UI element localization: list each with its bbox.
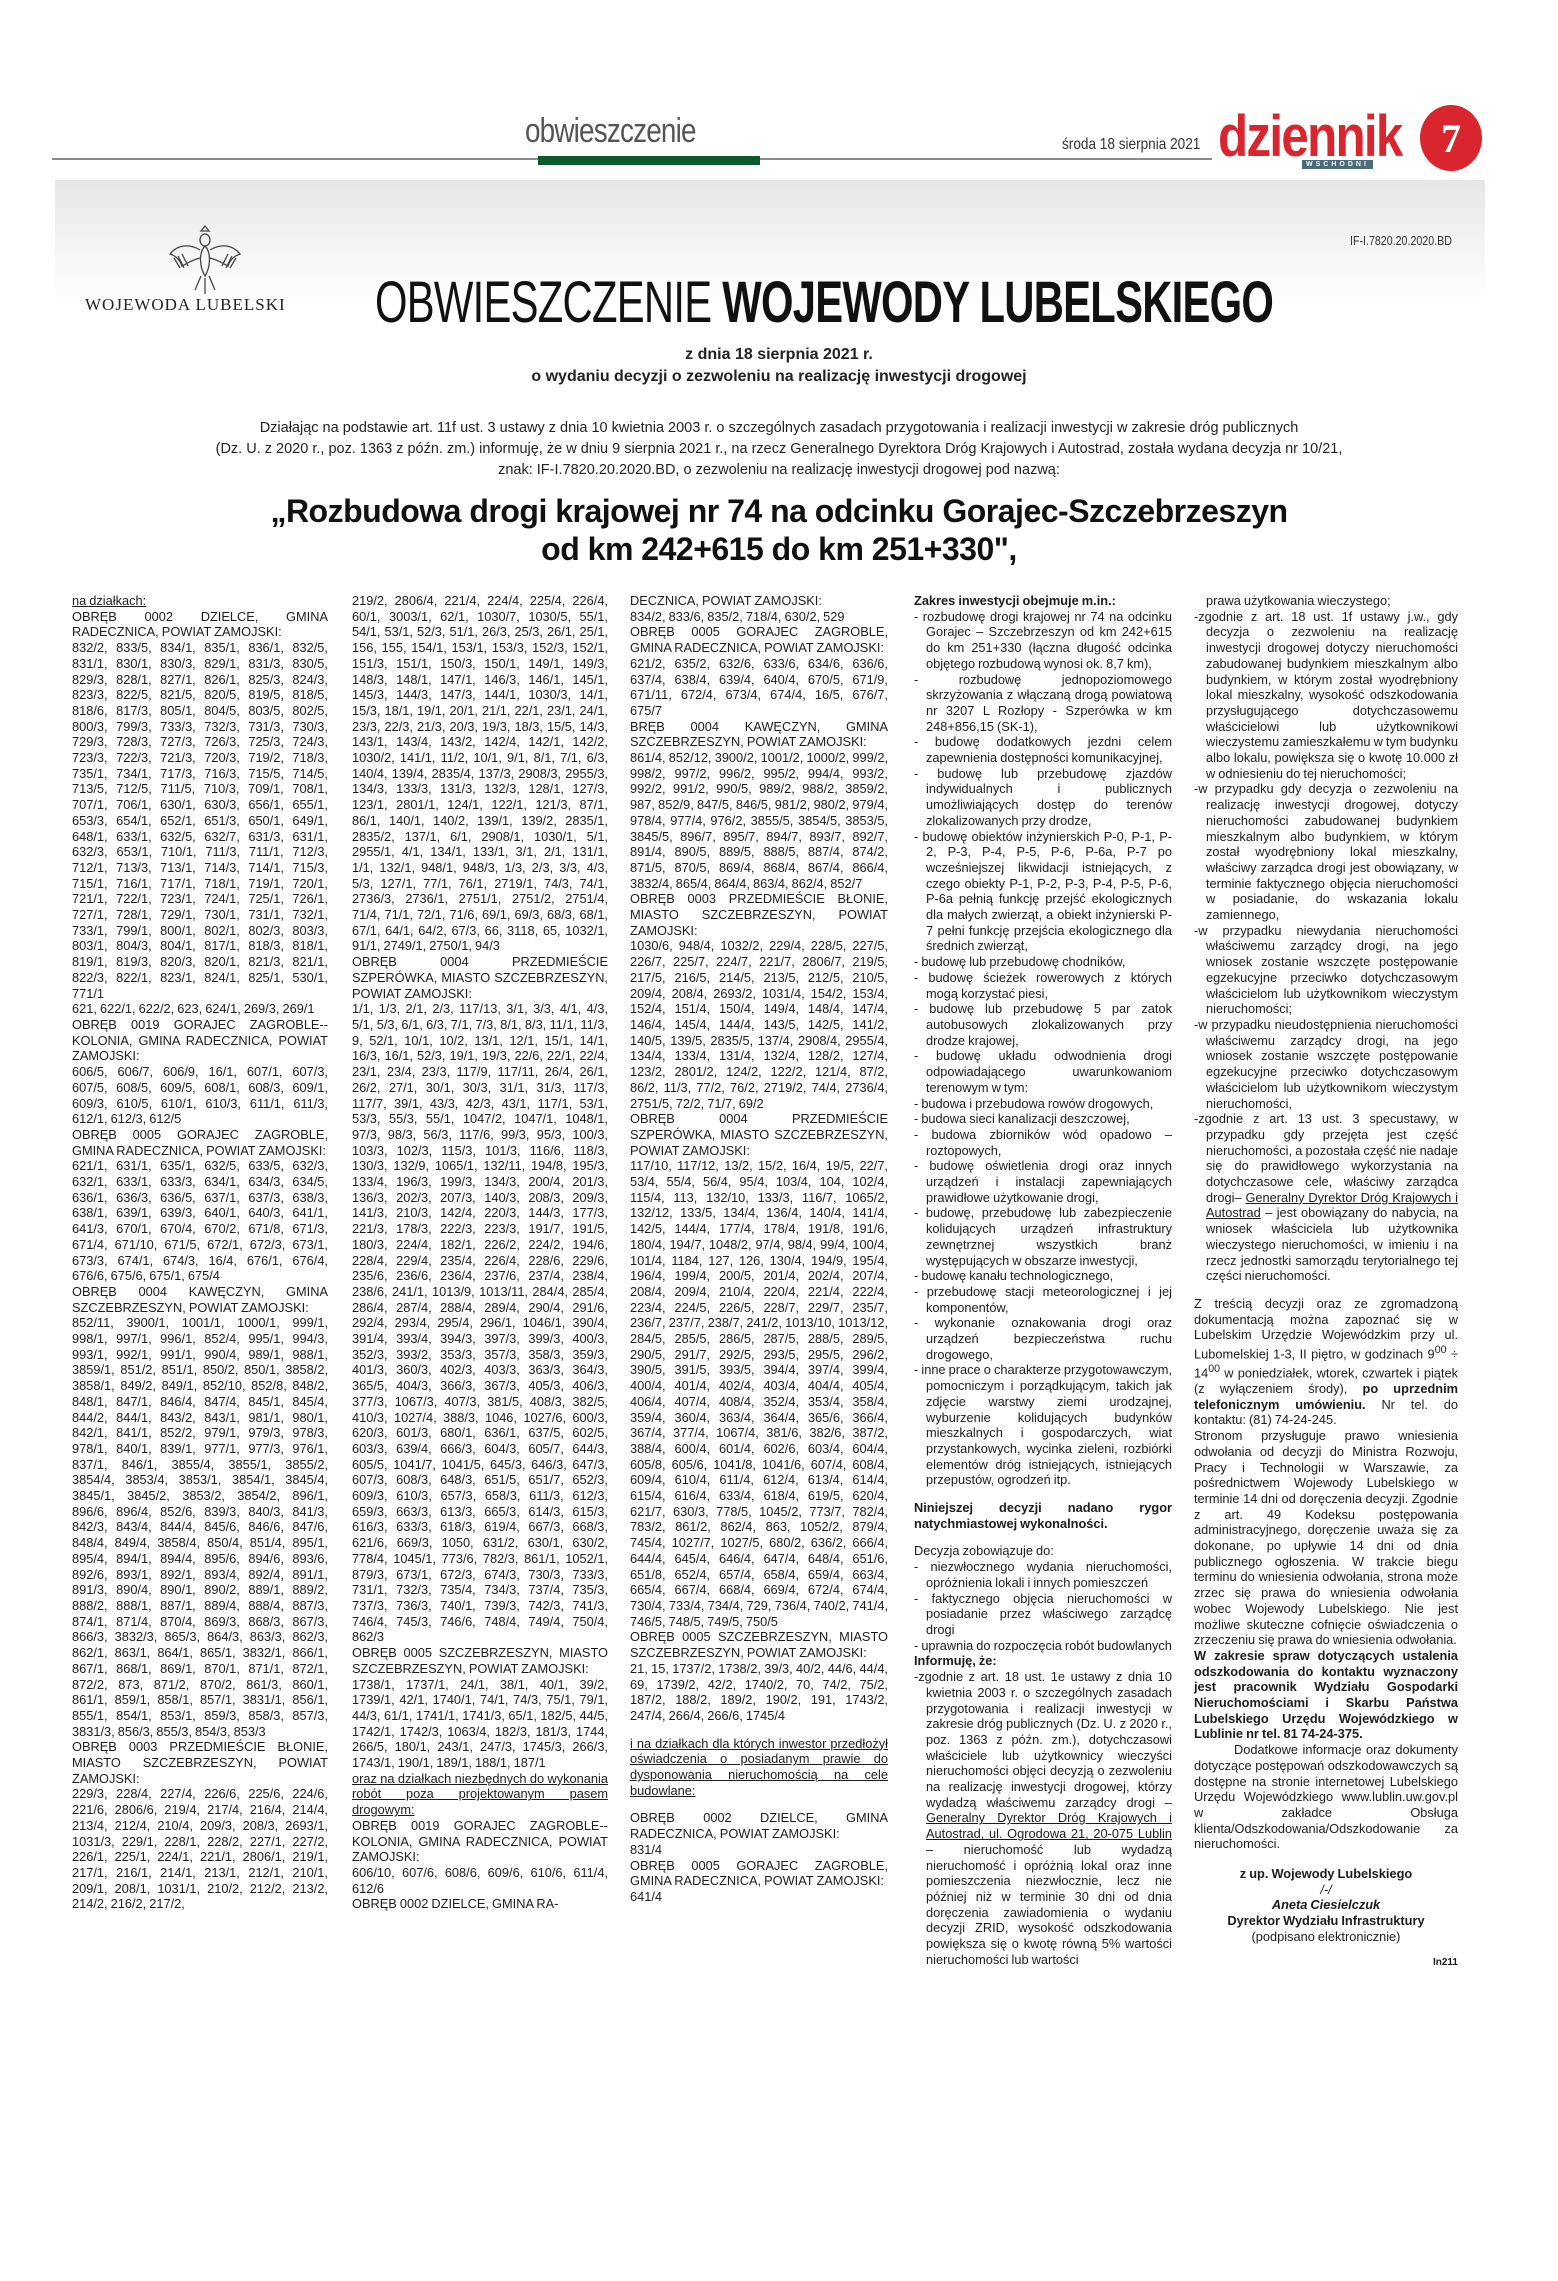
newspaper-logo: dziennik WSCHODNI — [1218, 108, 1408, 178]
precinct-heading: OBRĘB 0005 SZCZEBRZESZYN, MIASTO SZCZEBR… — [630, 1629, 888, 1660]
precinct-heading: OBRĘB 0003 PRZEDMIEŚCIE BŁONIE, MIASTO S… — [72, 1739, 328, 1786]
precinct-heading: OBRĘB 0002 DZIELCE, GMINA RADECZNICA, PO… — [630, 1810, 888, 1841]
parcel-list: 229/3, 228/4, 227/4, 226/6, 225/6, 224/6… — [72, 1786, 328, 1912]
scope-item: - budowa zbiorników wód opadowo – roztop… — [914, 1127, 1172, 1158]
precinct-heading: OBRĘB 0004 PRZEDMIEŚCIE SZPERÓWKA, MIAST… — [630, 1111, 888, 1158]
signatory-name: Aneta Ciesielczuk — [1194, 1897, 1458, 1913]
logo-text: dziennik — [1218, 108, 1380, 166]
parcel-list: 21, 15, 1737/2, 1738/2, 39/3, 40/2, 44/6… — [630, 1661, 888, 1724]
precinct-heading: OBRĘB 0005 GORAJEC ZAGROBLE, GMINA RADEC… — [72, 1127, 328, 1158]
parcels-heading: na działkach: — [72, 593, 328, 609]
inform-item: -zgodnie z art. 18 ust. 1e ustawy z dnia… — [914, 1669, 1172, 1967]
scope-item: - budowę oświetlenia drogi oraz innych u… — [914, 1158, 1172, 1205]
subject-line: o wydaniu decyzji o zezwoleniu na realiz… — [0, 368, 1558, 386]
scope-item: - budowę lub przebudowę zjazdów indywidu… — [914, 766, 1172, 829]
precinct-heading: OBRĘB 0003 PRZEDMIEŚCIE BŁONIE, MIASTO S… — [630, 891, 888, 938]
parcel-list: 852/11, 3900/1, 1001/1, 1000/1, 999/1, 9… — [72, 1315, 328, 1739]
appeal-paragraph: Stronom przysługuje prawo wniesienia odw… — [1194, 1428, 1458, 1648]
scope-item: - budowę kanału technologicznego, — [914, 1268, 1172, 1284]
intro-line: znak: IF-I.7820.20.2020.BD, o zezwoleniu… — [100, 460, 1458, 481]
precinct-heading: OBRĘB 0005 GORAJEC ZAGROBLE, GMINA RADEC… — [630, 1858, 888, 1889]
scope-item: - budowę lub przebudowę 5 par zatok auto… — [914, 1001, 1172, 1048]
gddkia-address: Generalny Dyrektor Dróg Krajowych i Auto… — [926, 1810, 1172, 1841]
parcel-list: 861/4, 852/12, 3900/2, 1001/2, 1000/2, 9… — [630, 750, 888, 891]
parcel-list: 832/2, 833/5, 834/1, 835/1, 836/1, 832/5… — [72, 640, 328, 1001]
obligation-item: - uprawnia do rozpoczęcia robót budowlan… — [914, 1638, 1172, 1654]
parcel-list: 831/4 — [630, 1842, 888, 1858]
parcel-list: 606/10, 607/6, 608/6, 609/6, 610/6, 611/… — [352, 1865, 608, 1896]
scope-item: - rozbudowę drogi krajowej nr 74 na odci… — [914, 609, 1172, 672]
scope-item: - budowę układu odwodnienia drogi odpowi… — [914, 1048, 1172, 1095]
precinct-heading: OBRĘB 0019 GORAJEC ZAGROBLE--KOLONIA, GM… — [72, 1017, 328, 1064]
date-line: z dnia 18 sierpnia 2021 r. — [0, 346, 1558, 364]
inform-text: – nieruchomość lub wydadzą nieruchomość … — [926, 1842, 1172, 1967]
column-4: Zakres inwestycji obejmuje m.in.: - rozb… — [914, 593, 1172, 1967]
scope-item: - budowę dodatkowych jezdni celem zapewn… — [914, 734, 1172, 765]
column-3: DECZNICA, POWIAT ZAMOJSKI: 834/2, 833/6,… — [630, 593, 888, 1905]
parcel-list: 606/5, 606/7, 606/9, 16/1, 607/1, 607/3,… — [72, 1064, 328, 1127]
issuer-label: WOJEWODA LUBELSKI — [85, 295, 286, 315]
access-paragraph: Z treścią decyzji oraz ze zgromadzoną do… — [1194, 1296, 1458, 1428]
obligation-item: - faktycznego objęcia nieruchomości w po… — [914, 1591, 1172, 1638]
obligation-item: - niezwłocznego wydania nieruchomości, o… — [914, 1559, 1172, 1590]
ad-code: In211 — [1194, 1955, 1458, 1971]
scope-item: - budowę ścieżek rowerowych z których mo… — [914, 970, 1172, 1001]
intro-paragraph: Działając na podstawie art. 11f ust. 3 u… — [100, 418, 1458, 481]
spacer — [1194, 1284, 1458, 1296]
project-title: „Rozbudowa drogi krajowej nr 74 na odcin… — [0, 492, 1558, 568]
parcel-list: 1030/6, 948/4, 1032/2, 229/4, 228/5, 227… — [630, 938, 888, 1111]
section-label: obwieszczenie — [525, 112, 696, 151]
inform-item: -zgodnie z art. 13 ust. 3 specustawy, w … — [1194, 1111, 1458, 1284]
parcel-list: 621, 622/1, 622/2, 623, 624/1, 269/3, 26… — [72, 1001, 328, 1017]
precinct-heading: OBRĘB 0002 DZIELCE, GMINA RADECZNICA, PO… — [72, 609, 328, 640]
signatory-position: Dyrektor Wydziału Infrastruktury — [1194, 1913, 1458, 1929]
spacer — [914, 1488, 1172, 1500]
intro-line: (Dz. U. z 2020 r., poz. 1363 z późn. zm.… — [100, 439, 1458, 460]
time-superscript: 00 — [1435, 1344, 1447, 1356]
inform-item: -w przypadku gdy decyzja o zezwoleniu na… — [1194, 781, 1458, 922]
signature-note: (podpisano elektronicznie) — [1194, 1929, 1458, 1945]
inform-item: -w przypadku niewydania nieruchomości wł… — [1194, 923, 1458, 1017]
signature-mark: /-/ — [1194, 1882, 1458, 1898]
inform-item: -zgodnie z art. 18 ust. 1f ustawy j.w., … — [1194, 609, 1458, 782]
precinct-heading: OBRĘB 0004 KAWĘCZYN, GMINA SZCZEBRZESZYN… — [72, 1284, 328, 1315]
scope-item: - budowa i przebudowa rowów drogowych, — [914, 1096, 1172, 1112]
title-light: OBWIESZCZENIE — [375, 270, 711, 335]
scope-item: - przebudowę stacji meteorologicznej i j… — [914, 1284, 1172, 1315]
title-bold: WOJEWODY LUBELSKIEGO — [722, 270, 1273, 335]
inform-heading: Informuję, że: — [914, 1653, 1172, 1669]
inform-item: -w przypadku nieudostępnienia nieruchomo… — [1194, 1017, 1458, 1111]
section-heading-underlined: i na działkach dla których inwestor prze… — [630, 1736, 888, 1799]
precinct-heading: OBRĘB 0005 GORAJEC ZAGROBLE, GMINA RADEC… — [630, 624, 888, 655]
section-heading-underlined: oraz na działkach niezbędnych do wykonan… — [352, 1771, 608, 1818]
parcel-list: 219/2, 2806/4, 221/4, 224/4, 225/4, 226/… — [352, 593, 608, 954]
precinct-heading: OBRĘB 0002 DZIELCE, GMINA RA- — [352, 1896, 608, 1912]
access-text: Z treścią decyzji oraz ze zgromadzoną do… — [1194, 1296, 1458, 1361]
scope-item: - budowę lub przebudowę chodników, — [914, 954, 1172, 970]
page-title: OBWIESZCZENIE WOJEWODY LUBELSKIEGO — [375, 272, 1273, 334]
intro-line: Działając na podstawie art. 11f ust. 3 u… — [100, 418, 1458, 439]
signature-block: z up. Wojewody Lubelskiego /-/ Aneta Cie… — [1194, 1866, 1458, 1945]
parcel-list: 1/1, 1/3, 2/1, 2/3, 117/13, 3/1, 3/3, 4/… — [352, 1001, 608, 1645]
time-superscript: 00 — [1208, 1363, 1220, 1375]
project-title-line: od km 242+615 do km 251+330", — [0, 530, 1558, 568]
scope-item: - budowa sieci kanalizacji deszczowej, — [914, 1111, 1172, 1127]
spacer — [630, 1798, 888, 1810]
page-number-badge: 7 — [1420, 105, 1482, 171]
reference-code: IF-I.7820.20.2020.BD — [1350, 233, 1452, 248]
parcel-list: 117/10, 117/12, 13/2, 15/2, 16/4, 19/5, … — [630, 1158, 888, 1629]
scope-heading: Zakres inwestycji obejmuje m.in.: — [914, 593, 1172, 609]
scope-item: - rozbudowę jednopoziomowego skrzyżowani… — [914, 672, 1172, 735]
precinct-heading: DECZNICA, POWIAT ZAMOJSKI: — [630, 593, 888, 609]
column-2: 219/2, 2806/4, 221/4, 224/4, 225/4, 226/… — [352, 593, 608, 1912]
issue-date: środa 18 sierpnia 2021 — [1062, 136, 1200, 154]
precinct-heading: OBRĘB 0004 PRZEDMIEŚCIE SZPERÓWKA, MIAST… — [352, 954, 608, 1001]
parcel-list: 1738/1, 1737/1, 24/1, 38/1, 40/1, 39/2, … — [352, 1677, 608, 1771]
parcel-list: 834/2, 833/6, 835/2, 718/4, 630/2, 529 — [630, 609, 888, 625]
scope-item: - wykonanie oznakowania drogi oraz urząd… — [914, 1315, 1172, 1362]
spacer — [630, 1724, 888, 1736]
polish-eagle-icon — [160, 218, 250, 298]
spacer — [914, 1531, 1172, 1543]
parcel-list: 621/1, 631/1, 635/1, 632/5, 633/5, 632/3… — [72, 1158, 328, 1284]
rygor-statement: Niniejszej decyzji nadano rygor natychmi… — [914, 1500, 1172, 1531]
column-1: na działkach: OBRĘB 0002 DZIELCE, GMINA … — [72, 593, 328, 1912]
scope-item: - inne prace o charakterze przygotowawcz… — [914, 1362, 1172, 1488]
parcel-list: 621/2, 635/2, 632/6, 633/6, 634/6, 636/6… — [630, 656, 888, 719]
continuation-text: prawa użytkowania wieczystego; — [1194, 593, 1458, 609]
contact-paragraph: W zakresie spraw dotyczących ustalenia o… — [1194, 1648, 1458, 1742]
section-accent-bar — [538, 156, 760, 165]
scope-item: - budowę obiektów inżynierskich P-0, P-1… — [914, 829, 1172, 955]
more-info-paragraph: Dodatkowe informacje oraz dokumenty doty… — [1194, 1742, 1458, 1852]
project-title-line: „Rozbudowa drogi krajowej nr 74 na odcin… — [0, 492, 1558, 530]
scope-item: - budowę, przebudowę lub zabezpieczenie … — [914, 1205, 1172, 1268]
masthead: obwieszczenie środa 18 sierpnia 2021 dzi… — [0, 0, 1558, 180]
precinct-heading: OBRĘB 0005 SZCZEBRZESZYN, MIASTO SZCZEBR… — [352, 1645, 608, 1676]
signature-authority: z up. Wojewody Lubelskiego — [1194, 1866, 1458, 1882]
precinct-heading: BRĘB 0004 KAWĘCZYN, GMINA SZCZEBRZESZYN,… — [630, 719, 888, 750]
column-5: prawa użytkowania wieczystego; -zgodnie … — [1194, 593, 1458, 1970]
logo-subtext: WSCHODNI — [1302, 160, 1373, 169]
parcel-list: 641/4 — [630, 1889, 888, 1905]
precinct-heading: OBRĘB 0019 GORAJEC ZAGROBLE--KOLONIA, GM… — [352, 1818, 608, 1865]
inform-text: -zgodnie z art. 18 ust. 1e ustawy z dnia… — [914, 1669, 1172, 1810]
obligations-heading: Decyzja zobowiązuje do: — [914, 1543, 1172, 1559]
